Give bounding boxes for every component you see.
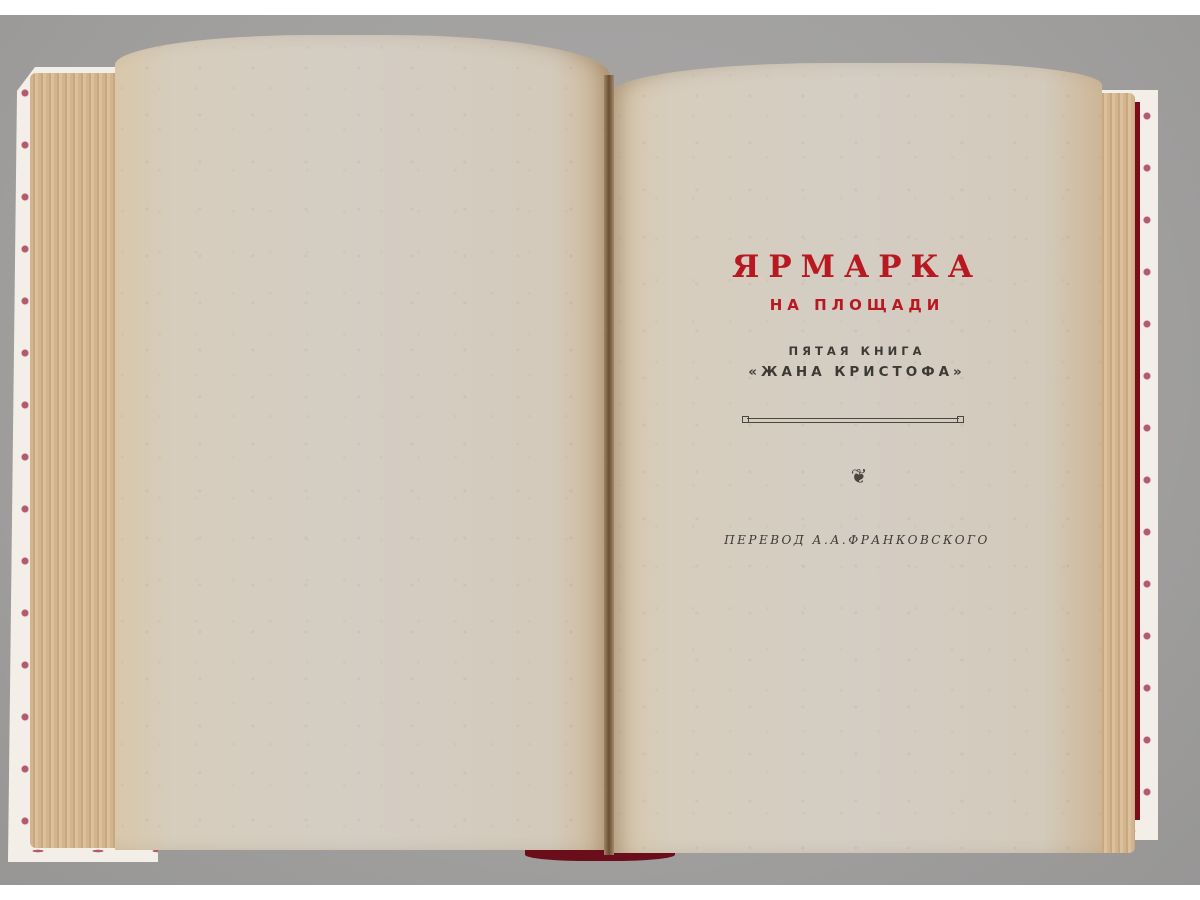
book-photo bbox=[0, 15, 1200, 885]
translator-credit: ПЕРЕВОД А.А.ФРАНКОВСКОГО bbox=[612, 533, 1102, 547]
book-subtitle: НА ПЛОЩАДИ bbox=[612, 296, 1102, 314]
floral-ornament-icon: ❦ bbox=[836, 464, 882, 488]
book-number: ПЯТАЯ КНИГА bbox=[612, 344, 1102, 358]
decorative-rule bbox=[747, 418, 959, 423]
right-page bbox=[612, 63, 1102, 853]
book-title: ЯРМАРКА bbox=[612, 252, 1102, 283]
book-gutter bbox=[604, 75, 614, 855]
series-title: «ЖАНА КРИСТОФА» bbox=[612, 364, 1102, 380]
cover-ornament-column bbox=[1140, 90, 1154, 840]
title-block: ЯРМАРКА НА ПЛОЩАДИ ПЯТАЯ КНИГА «ЖАНА КРИ… bbox=[612, 240, 1102, 380]
left-page bbox=[115, 35, 610, 850]
